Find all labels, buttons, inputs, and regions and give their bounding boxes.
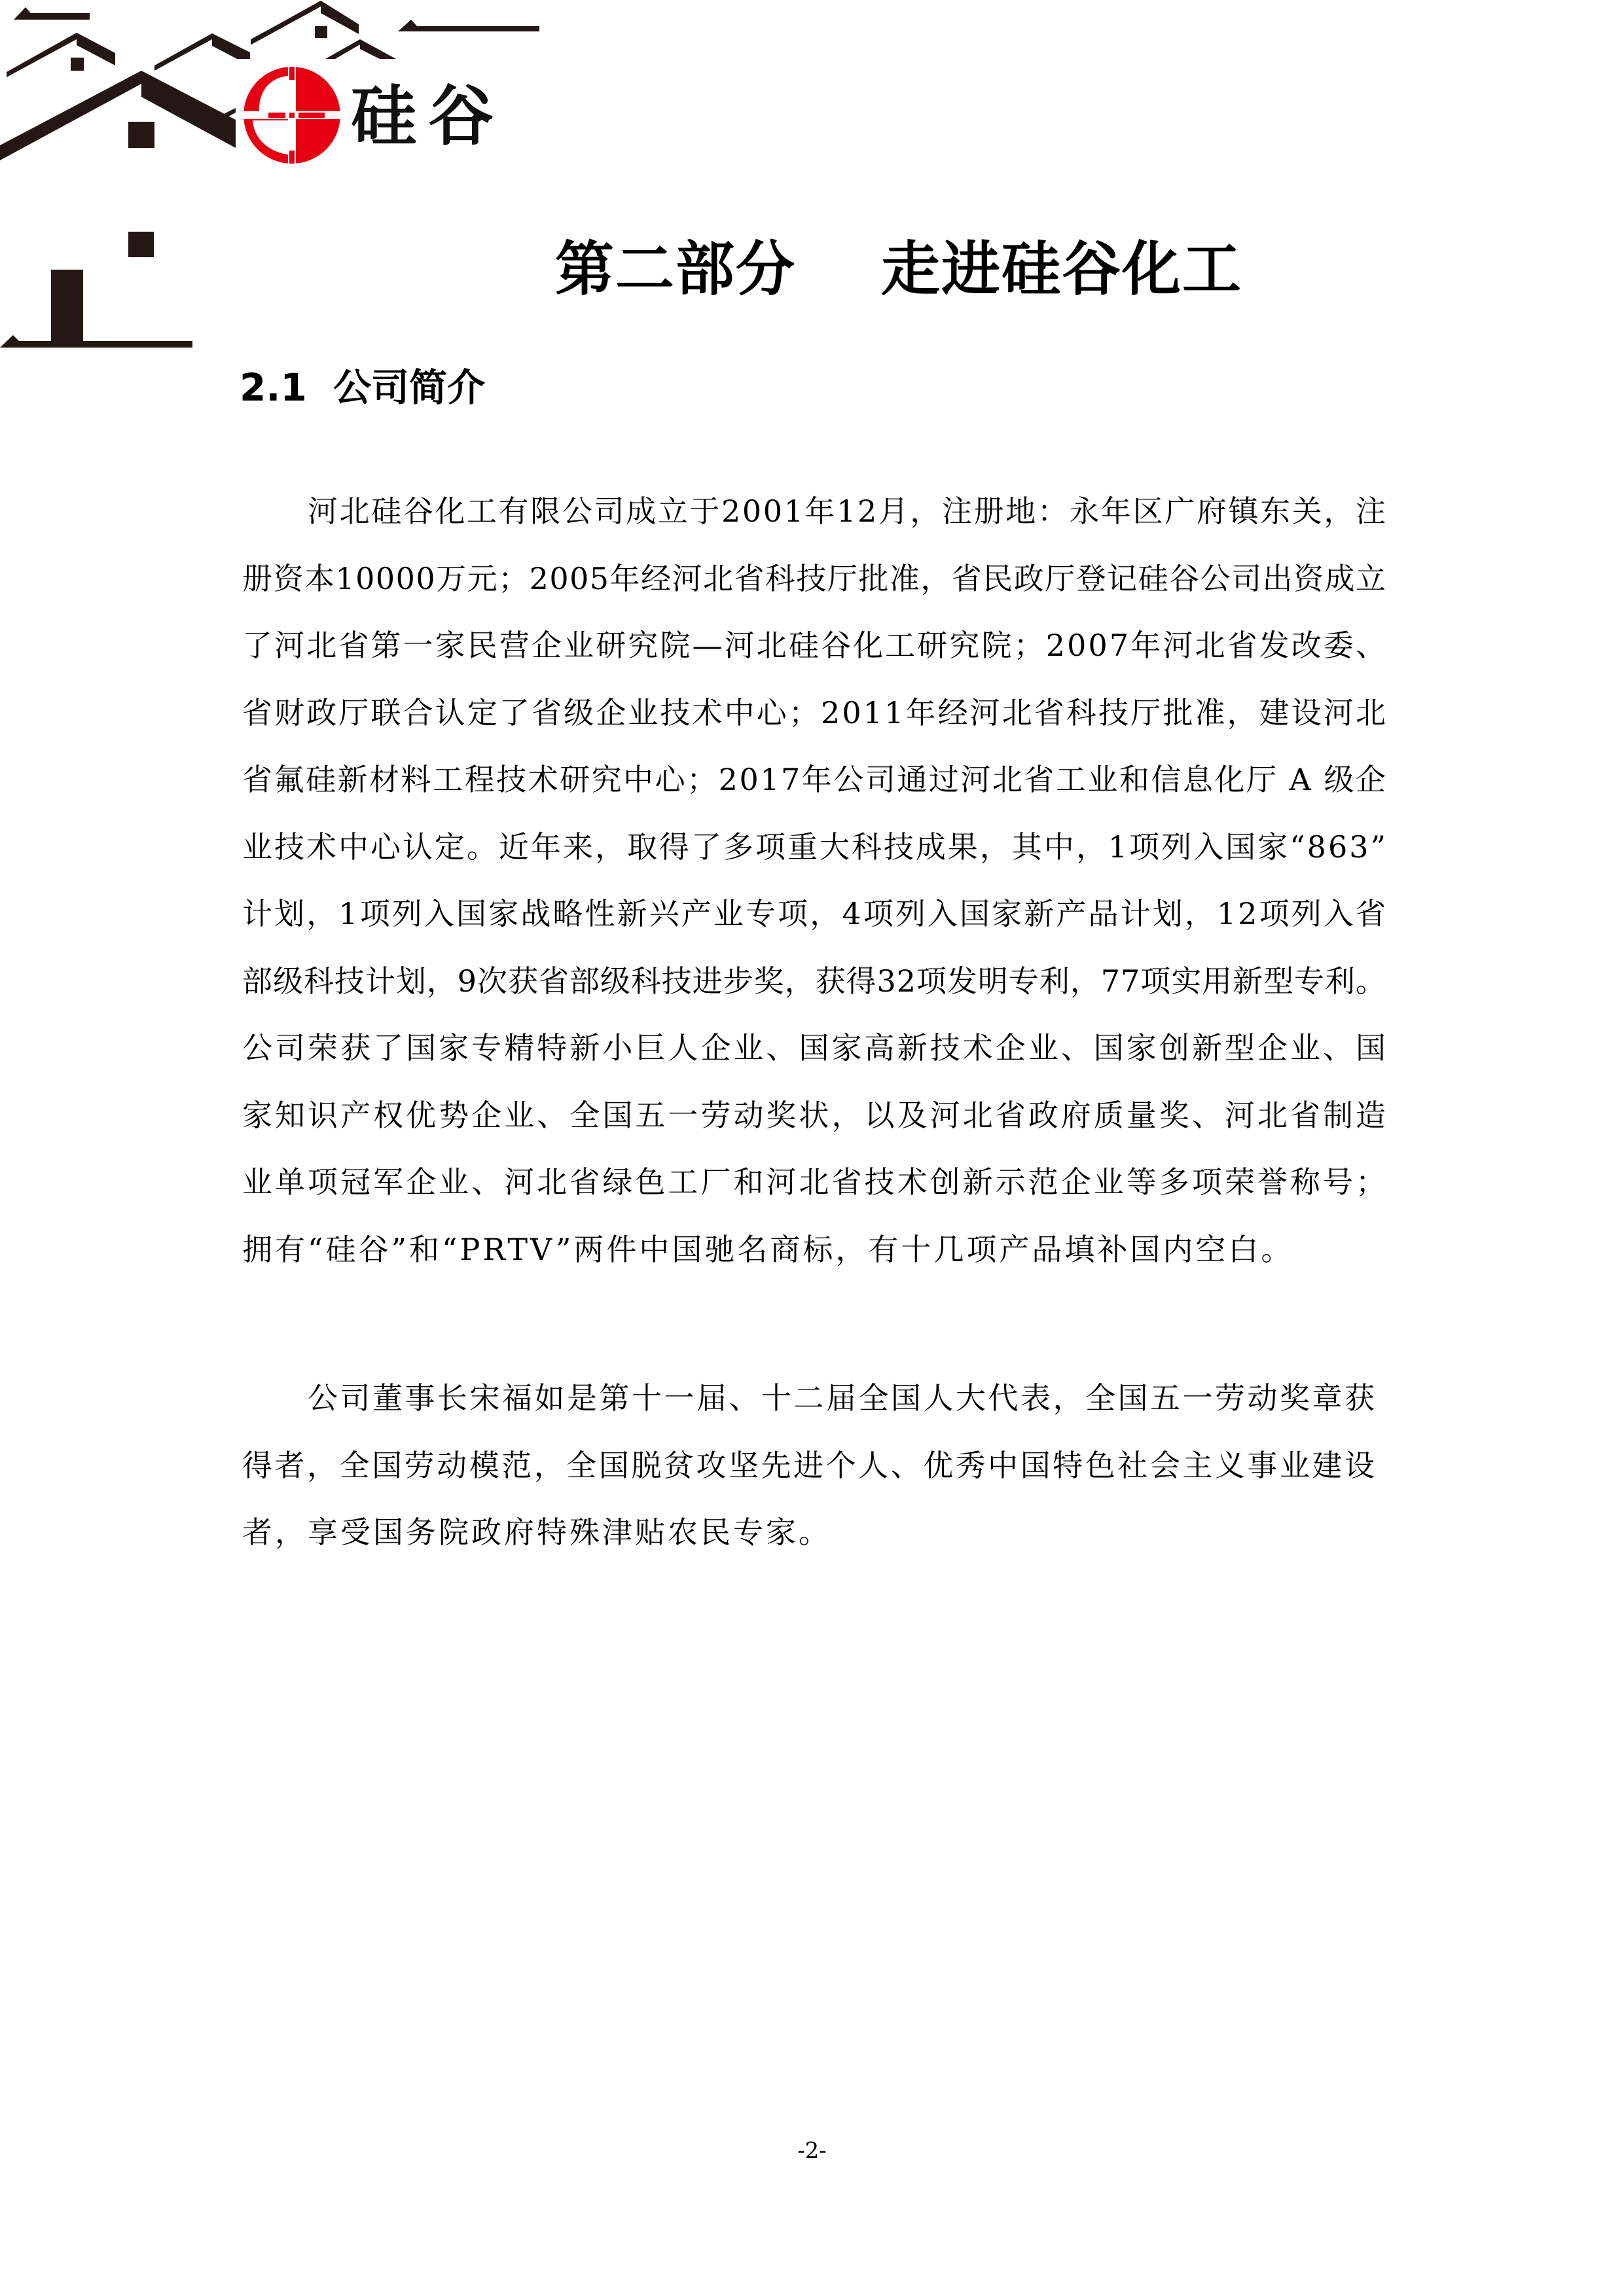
paragraph-line: 部级科技计划，9次获省部级科技进步奖，获得32项发明专利，77项实用新型专利。 <box>242 948 1386 1015</box>
page-title-part: 第二部分 <box>555 235 796 304</box>
paragraph-line: 家知识产权优势企业、全国五一劳动奖状，以及河北省政府质量奖、河北省制造 <box>242 1082 1388 1149</box>
page-title-name: 走进硅谷化工 <box>881 235 1242 304</box>
company-logo: 硅谷 <box>0 0 556 367</box>
paragraph-line: 业单项冠军企业、河北省绿色工厂和河北省技术创新示范企业等多项荣誉称号； <box>242 1149 1388 1216</box>
paragraph-company-intro: 河北硅谷化工有限公司成立于2001年12月，注册地：永年区广府镇东关，注 册资本… <box>242 478 1386 1283</box>
paragraph-line: 公司荣获了国家专精特新小巨人企业、国家高新技术企业、国家创新型企业、国 <box>242 1014 1388 1082</box>
section-heading: 2.1 公司简介 <box>240 361 485 414</box>
paragraph-line: 了河北省第一家民营企业研究院—河北硅谷化工研究院；2007年河北省发改委、 <box>242 612 1388 679</box>
paragraph-line: 者，享受国务院政府特殊津贴农民专家。 <box>242 1499 1375 1566</box>
paragraph-line: 拥有“硅谷”和“PRTV”两件中国驰名商标，有十几项产品填补国内空白。 <box>242 1216 1386 1283</box>
paragraph-chairman: 公司董事长宋福如是第十一届、十二届全国人大代表，全国五一劳动奖章获 得者，全国劳… <box>242 1365 1375 1566</box>
paragraph-line: 河北硅谷化工有限公司成立于2001年12月，注册地：永年区广府镇东关，注 <box>242 478 1388 545</box>
page-title: 第二部分走进硅谷化工 <box>555 230 1242 309</box>
logo-brand-text: 硅谷 <box>351 84 505 149</box>
paragraph-line: 公司董事长宋福如是第十一届、十二届全国人大代表，全国五一劳动奖章获 <box>242 1365 1377 1432</box>
paragraph-line: 得者，全国劳动模范，全国脱贫攻坚先进个人、优秀中国特色社会主义事业建设 <box>242 1432 1377 1499</box>
page-number: -2- <box>0 2135 1624 2166</box>
paragraph-line: 册资本10000万元；2005年经河北省科技厅批准，省民政厅登记硅谷公司出资成立 <box>242 545 1386 613</box>
paragraph-line: 省财政厅联合认定了省级企业技术中心；2011年经河北省科技厅批准，建设河北 <box>242 679 1388 747</box>
paragraph-line: 业技术中心认定。近年来，取得了多项重大科技成果，其中，1项列入国家“863” <box>242 814 1388 881</box>
silicon-valley-s-mark-icon <box>240 63 344 168</box>
section-title: 公司简介 <box>333 365 485 410</box>
section-number: 2.1 <box>240 365 307 410</box>
paragraph-line: 计划，1项列入国家战略性新兴产业专项，4项列入国家新产品计划，12项列入省 <box>242 880 1388 948</box>
house-rooftops-graphic <box>0 0 556 367</box>
paragraph-line: 省氟硅新材料工程技术研究中心；2017年公司通过河北省工业和信息化厅 A 级企 <box>242 746 1388 814</box>
